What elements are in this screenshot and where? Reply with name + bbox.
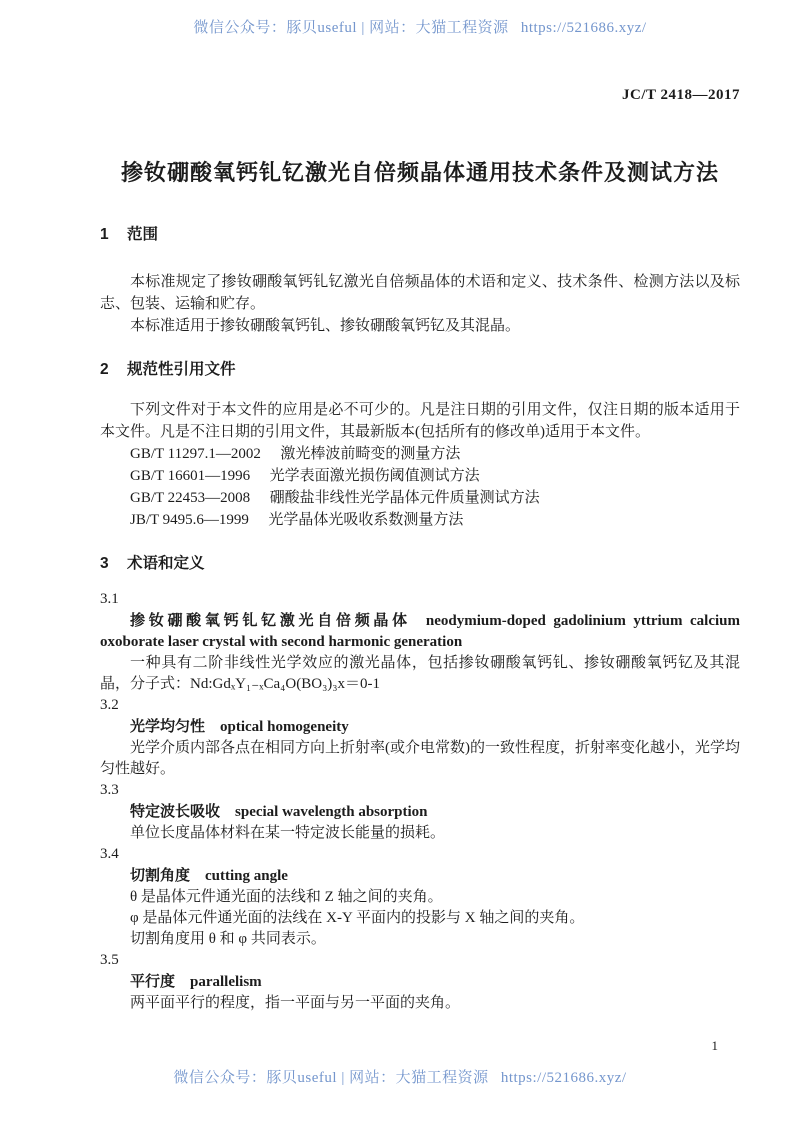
reference-code: GB/T 16601—1996 (130, 468, 250, 484)
section-scope-label: 范围 (127, 226, 158, 243)
term-number: 3.5 (100, 950, 740, 971)
term-definition: 两平面平行的程度，指一平面与另一平面的夹角。 (100, 993, 740, 1014)
term-number: 3.1 (100, 589, 740, 610)
term-english: parallelism (190, 974, 262, 990)
term-title: 平行度parallelism (100, 971, 740, 993)
term-definition: φ 是晶体元件通光面的法线在 X-Y 平面内的投影与 X 轴之间的夹角。 (100, 908, 740, 929)
section-references-heading: 2 规范性引用文件 (100, 358, 740, 382)
reference-code: JB/T 9495.6—1999 (130, 512, 249, 528)
term-chinese: 掺钕硼酸氧钙钆钇激光自倍频晶体 (130, 612, 411, 629)
term-chinese: 光学均匀性 (130, 718, 205, 735)
term-entry: 3.3 特定波长吸收special wavelength absorption … (100, 780, 740, 844)
term-title: 掺钕硼酸氧钙钆钇激光自倍频晶体neodymium-doped gadoliniu… (100, 610, 740, 653)
term-entry: 3.4 切割角度cutting angle θ 是晶体元件通光面的法线和 Z 轴… (100, 844, 740, 950)
term-english: optical homogeneity (220, 719, 349, 735)
watermark-bottom-url[interactable]: https://521686.xyz/ (501, 1070, 627, 1086)
watermark-bottom-text: 微信公众号：豚贝useful | 网站：大猫工程资源 (173, 1070, 488, 1086)
doc-number: JC/T 2418—2017 (100, 87, 740, 104)
reference-item: GB/T 22453—2008硼酸盐非线性光学晶体元件质量测试方法 (100, 487, 740, 509)
references-intro: 下列文件对于本文件的应用是必不可少的。凡是注日期的引用文件，仅注日期的版本适用于… (100, 399, 740, 443)
term-definition: θ 是晶体元件通光面的法线和 Z 轴之间的夹角。 (100, 887, 740, 908)
reference-code: GB/T 11297.1—2002 (130, 446, 261, 462)
section-references-number: 2 (100, 361, 109, 378)
term-title: 切割角度cutting angle (100, 865, 740, 887)
section-references-label: 规范性引用文件 (127, 361, 236, 378)
reference-title: 光学晶体光吸收系数测量方法 (268, 512, 463, 528)
section-terms-number: 3 (100, 555, 109, 572)
reference-title: 光学表面激光损伤阈值测试方法 (270, 468, 480, 484)
section-scope-number: 1 (100, 226, 109, 243)
term-chinese: 切割角度 (130, 867, 190, 884)
reference-item: GB/T 11297.1—2002激光棒波前畸变的测量方法 (100, 443, 740, 465)
terms-block: 3.1 掺钕硼酸氧钙钆钇激光自倍频晶体neodymium-doped gadol… (100, 589, 740, 1014)
section-terms-label: 术语和定义 (127, 555, 205, 572)
reference-item: JB/T 9495.6—1999光学晶体光吸收系数测量方法 (100, 509, 740, 531)
term-number: 3.3 (100, 780, 740, 801)
term-number: 3.4 (100, 844, 740, 865)
term-definition: 一种具有二阶非线性光学效应的激光晶体，包括掺钕硼酸氧钙钆、掺钕硼酸氧钙钇及其混晶… (100, 653, 740, 695)
term-chinese: 平行度 (130, 973, 175, 990)
term-definition: 切割角度用 θ 和 φ 共同表示。 (100, 929, 740, 950)
term-entry: 3.2 光学均匀性optical homogeneity 光学介质内部各点在相同… (100, 695, 740, 780)
page-content: 微信公众号：豚贝useful | 网站：大猫工程资源 https://52168… (0, 0, 800, 1014)
watermark-top-url[interactable]: https://521686.xyz/ (521, 20, 647, 36)
term-english: special wavelength absorption (235, 804, 428, 820)
reference-code: GB/T 22453—2008 (130, 490, 250, 506)
term-title: 光学均匀性optical homogeneity (100, 716, 740, 738)
term-english: cutting angle (205, 868, 288, 884)
term-definition: 单位长度晶体材料在某一特定波长能量的损耗。 (100, 823, 740, 844)
term-entry: 3.1 掺钕硼酸氧钙钆钇激光自倍频晶体neodymium-doped gadol… (100, 589, 740, 695)
term-entry: 3.5 平行度parallelism 两平面平行的程度，指一平面与另一平面的夹角… (100, 950, 740, 1014)
reference-title: 激光棒波前畸变的测量方法 (280, 446, 460, 462)
term-title: 特定波长吸收special wavelength absorption (100, 801, 740, 823)
term-definition: 光学介质内部各点在相同方向上折射率(或介电常数)的一致性程度，折射率变化越小，光… (100, 738, 740, 780)
document-page: 微信公众号：豚贝useful | 网站：大猫工程资源 https://52168… (0, 0, 800, 1123)
reference-item: GB/T 16601—1996光学表面激光损伤阈值测试方法 (100, 465, 740, 487)
watermark-top-text: 微信公众号：豚贝useful | 网站：大猫工程资源 (193, 20, 508, 36)
watermark-top: 微信公众号：豚贝useful | 网站：大猫工程资源 https://52168… (100, 16, 740, 37)
scope-paragraph-2: 本标准适用于掺钕硼酸氧钙钆、掺钕硼酸氧钙钇及其混晶。 (100, 315, 740, 337)
term-number: 3.2 (100, 695, 740, 716)
section-terms-heading: 3 术语和定义 (100, 552, 740, 576)
reference-title: 硼酸盐非线性光学晶体元件质量测试方法 (270, 490, 540, 506)
page-number: 1 (712, 1038, 719, 1054)
section-scope-heading: 1 范围 (100, 223, 740, 247)
page-title: 掺钕硼酸氧钙钆钇激光自倍频晶体通用技术条件及测试方法 (100, 156, 740, 187)
scope-paragraph-1: 本标准规定了掺钕硼酸氧钙钆钇激光自倍频晶体的术语和定义、技术条件、检测方法以及标… (100, 271, 740, 315)
watermark-bottom: 微信公众号：豚贝useful | 网站：大猫工程资源 https://52168… (0, 1066, 800, 1087)
term-chinese: 特定波长吸收 (130, 803, 220, 820)
